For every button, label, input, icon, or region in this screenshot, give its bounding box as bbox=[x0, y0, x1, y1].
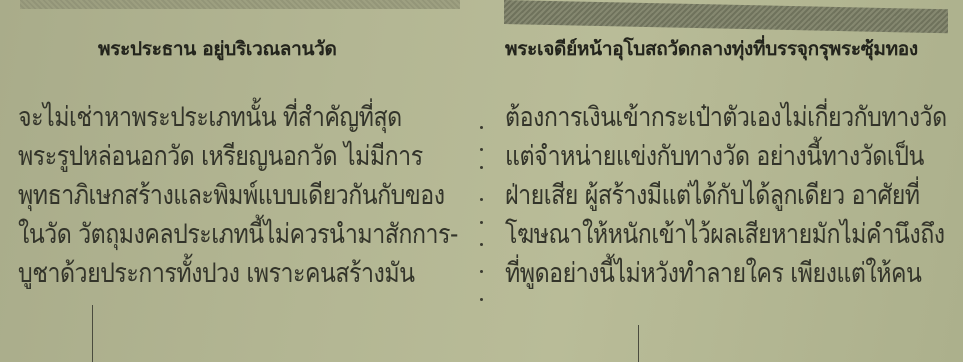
page-crease-line bbox=[92, 305, 93, 362]
body-line: ที่พูดอย่างนี้ไม่หวังทำลายใคร เพียงแต่ให… bbox=[505, 254, 947, 293]
body-line: บูชาด้วยประการทั้งปวง เพราะคนสร้างมัน bbox=[18, 254, 458, 293]
separator-dot bbox=[480, 198, 483, 201]
separator-dot bbox=[480, 243, 483, 246]
photo-strip-left bbox=[20, 0, 460, 9]
body-line: พระรูปหล่อนอกวัด เหรียญนอกวัด ไม่มีการ bbox=[18, 137, 458, 176]
body-line: แต่จำหน่ายแข่งกับทางวัด อย่างนี้ทางวัดเป… bbox=[505, 137, 947, 176]
separator-dot bbox=[480, 166, 483, 169]
separator-dot bbox=[480, 148, 483, 151]
body-line: ในวัด วัตถุมงคลประเภทนี้ไม่ควรนำมาสักการ… bbox=[18, 215, 458, 254]
separator-dot bbox=[480, 126, 483, 129]
page-crease-line bbox=[638, 325, 639, 362]
body-line: ต้องการเงินเข้ากระเป๋าตัวเองไม่เกี่ยวกับ… bbox=[505, 98, 947, 137]
separator-dot bbox=[480, 221, 483, 224]
body-line: จะไม่เช่าหาพระประเภทนั้น ที่สำคัญที่สุด bbox=[18, 98, 458, 137]
caption-chedi: พระเจดีย์หน้าอุโบสถวัดกลางทุ่งที่บรรจุกร… bbox=[505, 34, 918, 64]
body-line: โฆษณาให้หนักเข้าไว้ผลเสียหายมักไม่คำนึงถ… bbox=[505, 215, 947, 254]
caption-main-buddha: พระประธาน อยู่บริเวณลานวัด bbox=[98, 34, 337, 64]
separator-dot bbox=[480, 298, 483, 301]
body-line: ฝ่ายเสีย ผู้สร้างมีแต่ได้กับได้ลูกเดียว … bbox=[505, 176, 947, 215]
body-column-left: จะไม่เช่าหาพระประเภทนั้น ที่สำคัญที่สุด … bbox=[18, 98, 458, 293]
photo-strip-right bbox=[504, 0, 948, 33]
body-line: พุทธาภิเษกสร้างและพิมพ์แบบเดียวกันกับของ bbox=[18, 176, 458, 215]
body-column-right: ต้องการเงินเข้ากระเป๋าตัวเองไม่เกี่ยวกับ… bbox=[505, 98, 947, 293]
separator-dot bbox=[480, 270, 483, 273]
